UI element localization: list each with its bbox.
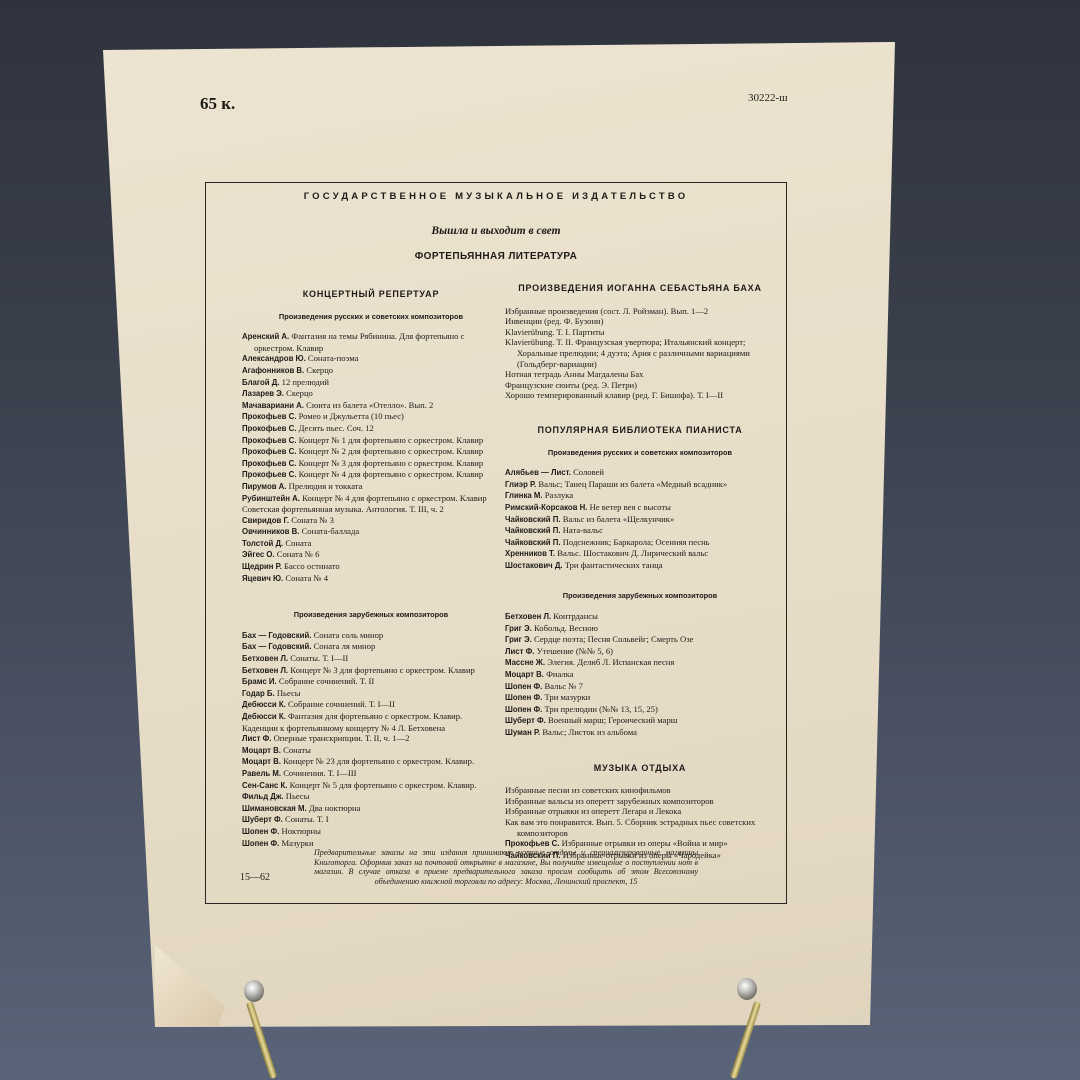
entry-author: Годар Б.: [242, 689, 277, 698]
entry-title: Соната: [285, 538, 311, 548]
entry-author: Шопен Ф.: [242, 827, 282, 836]
entry-author: Дебюсси К.: [242, 712, 288, 721]
entry-title: Соловей: [573, 467, 604, 477]
entry-title: Десять пьес. Соч. 12: [299, 423, 374, 433]
catalog-entry: Шуберт Ф. Сонаты. Т. I: [242, 814, 500, 826]
entry-title: Вальс № 7: [545, 681, 583, 691]
entry-title: Избранные вальсы из оперетт зарубежных к…: [505, 796, 714, 806]
entry-author: Чайковский П.: [505, 538, 563, 547]
entry-title: Вальс. Шостакович Д. Лирический вальс: [557, 548, 708, 558]
entry-title: Сочинения. Т. I—III: [283, 768, 356, 778]
catalog-entry: Прокофьев С. Концерт № 2 для фортепьяно …: [242, 446, 500, 458]
catalog-entry: Овчинников В. Соната-баллада: [242, 526, 500, 538]
tagline: Вышла и выходит в свет: [206, 225, 786, 237]
stand-knob-left: [244, 980, 264, 1002]
entry-title: Сонаты: [283, 745, 311, 755]
catalog-entry: Свиридов Г. Соната № 3: [242, 515, 500, 527]
entry-author: Толстой Д.: [242, 539, 285, 548]
entry-author: Прокофьев С.: [242, 447, 299, 456]
entry-title: Инвенции (ред. Ф. Бузони): [505, 316, 604, 326]
catalog-entry: Дебюсси К. Собрание сочинений. Т. I—II: [242, 699, 500, 711]
catalog-entry: Избранные вальсы из оперетт зарубежных к…: [505, 796, 775, 807]
entry-author: Шопен Ф.: [242, 839, 282, 848]
section-title-bach: ПРОИЗВЕДЕНИЯ ИОГАННА СЕБАСТЬЯНА БАХА: [505, 283, 775, 294]
entry-title: Сонаты. Т. I—II: [290, 653, 348, 663]
catalog-entry: Шуберт Ф. Военный марш; Героический марш: [505, 715, 775, 727]
entry-author: Моцарт В.: [242, 746, 283, 755]
entry-title: Соната-баллада: [302, 526, 360, 536]
entry-title: Бассо остинато: [284, 561, 340, 571]
section-title-concert: КОНЦЕРТНЫЙ РЕПЕРТУАР: [242, 289, 500, 300]
catalog-entry: Моцарт В. Фиалка: [505, 669, 775, 681]
catalog-entry: Эйгес О. Соната № 6: [242, 549, 500, 561]
entry-title: Нотная тетрадь Анны Магдалены Бах: [505, 369, 643, 379]
entry-title: Концерт № 3 для фортепьяно с оркестром. …: [290, 665, 475, 675]
entry-author: Рубинштейн А.: [242, 494, 302, 503]
catalog-code: 30222-ш: [748, 92, 788, 104]
entry-title: Концерт № 2 для фортепьяно с оркестром. …: [299, 446, 484, 456]
subtitle-foreign: Произведения зарубежных композиторов: [242, 610, 500, 621]
entry-title: 12 прелюдий: [282, 377, 329, 387]
section-title-leisure: МУЗЫКА ОТДЫХА: [505, 763, 775, 774]
subtitle-russian: Произведения русских и советских компози…: [242, 312, 500, 323]
list-popular-russian: Алябьев — Лист. СоловейГлиэр Р. Вальс; Т…: [505, 467, 775, 571]
entry-author: Глиэр Р.: [505, 480, 538, 489]
catalog-entry: Дебюсси К. Фантазия для фортепьяно с орк…: [242, 711, 500, 723]
subtitle-popular-russian: Произведения русских и советских компози…: [505, 448, 775, 459]
list-popular-foreign: Бетховен Л. КонтрдансыГриг Э. Кобольд. В…: [505, 611, 775, 739]
entry-title: Кобольд. Весною: [534, 623, 598, 633]
entry-title: Утешение (№№ 5, 6): [537, 646, 613, 656]
entry-author: Дебюсси К.: [242, 700, 288, 709]
entry-author: Григ Э.: [505, 635, 534, 644]
entry-author: Равель М.: [242, 769, 283, 778]
entry-title: Концерт № 4 для фортепьяно с оркестром. …: [302, 493, 487, 503]
entry-title: Концерт № 4 для фортепьяно с оркестром. …: [299, 469, 484, 479]
entry-title: Подснежник; Баркарола; Осенняя песнь: [563, 537, 710, 547]
entry-title: Klavierübung. Т. I. Партиты: [505, 327, 604, 337]
entry-author: Глинка М.: [505, 491, 545, 500]
list-concert-foreign: Бах — Годовский. Соната соль минорБах — …: [242, 630, 500, 849]
catalog-entry: Массне Ж. Элегия. Делиб Л. Испанская пес…: [505, 657, 775, 669]
entry-title: Мазурки: [282, 838, 314, 848]
catalog-entry: Агафонников В. Скерцо: [242, 365, 500, 377]
catalog-entry: Шопен Ф. Вальс № 7: [505, 681, 775, 693]
catalog-entry: Шопен Ф. Три прелюдии (№№ 13, 15, 25): [505, 704, 775, 716]
entry-title: Вальс; Листок из альбома: [542, 727, 637, 737]
entry-title: Не ветер вея с высоты: [590, 502, 671, 512]
catalog-entry: Каденции к фортепьянному концерту № 4 Л.…: [242, 723, 500, 734]
entry-author: Фильд Дж.: [242, 792, 286, 801]
entry-title: Соната № 4: [285, 573, 328, 583]
entry-author: Аренский А.: [242, 332, 291, 341]
entry-author: Пирумов А.: [242, 482, 289, 491]
catalog-entry: Избранные отрывки из оперетт Легара и Ле…: [505, 806, 775, 817]
entry-author: Прокофьев С.: [242, 436, 299, 445]
entry-title: Сюита из балета «Отелло». Вып. 2: [306, 400, 433, 410]
catalog-entry: Годар Б. Пьесы: [242, 688, 500, 700]
entry-author: Прокофьев С.: [242, 459, 299, 468]
entry-title: Каденции к фортепьянному концерту № 4 Л.…: [242, 723, 445, 733]
entry-title: Пьесы: [286, 791, 310, 801]
entry-title: Сердце поэта; Песня Сольвейг; Смерть Озе: [534, 634, 693, 644]
entry-title: Ноктюрны: [282, 826, 321, 836]
catalog-entry: Лазарев Э. Скерцо: [242, 388, 500, 400]
catalog-entry: Чайковский П. Вальс из балета «Щелкунчик…: [505, 514, 775, 526]
entry-author: Шуберт Ф.: [505, 716, 548, 725]
catalog-entry: Мачавариани А. Сюита из балета «Отелло».…: [242, 400, 500, 412]
catalog-entry: Фильд Дж. Пьесы: [242, 791, 500, 803]
catalog-entry: Прокофьев С. Концерт № 4 для фортепьяно …: [242, 469, 500, 481]
main-title: ФОРТЕПЬЯННАЯ ЛИТЕРАТУРА: [206, 251, 786, 262]
entry-author: Шопен Ф.: [505, 693, 545, 702]
price-label: 65 к.: [200, 94, 235, 114]
entry-title: Соната № 3: [291, 515, 334, 525]
catalog-entry: Прокофьев С. Десять пьес. Соч. 12: [242, 423, 500, 435]
order-note: Предварительные заказы на эти издания пр…: [314, 848, 698, 887]
list-bach: Избранные произведения (сост. Л. Ройзман…: [505, 306, 775, 401]
entry-author: Алябьев — Лист.: [505, 468, 573, 477]
entry-title: Избранные отрывки из оперетт Легара и Ле…: [505, 806, 681, 816]
entry-title: Прелюдия и токката: [289, 481, 363, 491]
entry-author: Брамс И.: [242, 677, 279, 686]
left-column: КОНЦЕРТНЫЙ РЕПЕРТУАР Произведения русски…: [242, 285, 500, 849]
catalog-entry: Щедрин Р. Бассо остинато: [242, 561, 500, 573]
entry-author: Прокофьев С.: [242, 412, 299, 421]
catalog-entry: Яцевич Ю. Соната № 4: [242, 573, 500, 585]
entry-author: Хренников Т.: [505, 549, 557, 558]
entry-author: Чайковский П.: [505, 515, 563, 524]
entry-title: Три фантастических танца: [565, 560, 663, 570]
entry-author: Римский-Корсаков Н.: [505, 503, 590, 512]
entry-title: Элегия. Делиб Л. Испанская песня: [547, 657, 674, 667]
catalog-entry: Нотная тетрадь Анны Магдалены Бах: [505, 369, 775, 380]
catalog-entry: Благой Д. 12 прелюдий: [242, 377, 500, 389]
catalog-entry: Григ Э. Кобольд. Весною: [505, 623, 775, 635]
catalog-entry: Толстой Д. Соната: [242, 538, 500, 550]
entry-author: Бах — Годовский.: [242, 631, 314, 640]
entry-author: Бетховен Л.: [242, 666, 290, 675]
entry-title: Разлука: [545, 490, 573, 500]
entry-author: Моцарт В.: [242, 757, 283, 766]
entry-title: Концерт № 3 для фортепьяно с оркестром. …: [299, 458, 484, 468]
entry-title: Оперные транскрипции. Т. II, ч. 1—2: [274, 733, 410, 743]
catalog-entry: Прокофьев С. Концерт № 3 для фортепьяно …: [242, 458, 500, 470]
entry-title: Три мазурки: [545, 692, 591, 702]
catalog-entry: Бетховен Л. Концерт № 3 для фортепьяно с…: [242, 665, 500, 677]
entry-title: Избранные произведения (сост. Л. Ройзман…: [505, 306, 708, 316]
entry-author: Эйгес О.: [242, 550, 277, 559]
entry-author: Агафонников В.: [242, 366, 306, 375]
entry-title: Концерт № 23 для фортепьяно с оркестром.…: [283, 756, 474, 766]
entry-title: Ната-вальс: [563, 525, 603, 535]
entry-author: Свиридов Г.: [242, 516, 291, 525]
entry-author: Шопен Ф.: [505, 705, 545, 714]
catalog-entry: Как вам это понравится. Вып. 5. Сборник …: [505, 817, 775, 838]
catalog-entry: Сен-Санс К. Концерт № 5 для фортепьяно с…: [242, 780, 500, 792]
entry-author: Мачавариани А.: [242, 401, 306, 410]
entry-title: Klavierübung. Т. II. Французская увертюр…: [505, 337, 750, 368]
entry-title: Французские сюиты (ред. Э. Петри): [505, 380, 637, 390]
catalog-entry: Глиэр Р. Вальс; Танец Параши из балета «…: [505, 479, 775, 491]
catalog-entry: Бах — Годовский. Соната соль минор: [242, 630, 500, 642]
entry-title: Как вам это понравится. Вып. 5. Сборник …: [505, 817, 755, 838]
catalog-entry: Моцарт В. Концерт № 23 для фортепьяно с …: [242, 756, 500, 768]
entry-title: Соната соль минор: [314, 630, 384, 640]
entry-author: Шопен Ф.: [505, 682, 545, 691]
entry-title: Хорошо темперированный клавир (ред. Г. Б…: [505, 390, 723, 400]
stand-knob-right: [737, 978, 757, 1000]
catalog-entry: Шопен Ф. Ноктюрны: [242, 826, 500, 838]
entry-title: Скерцо: [306, 365, 333, 375]
entry-author: Прокофьев С.: [242, 470, 299, 479]
entry-title: Соната-поэма: [308, 353, 359, 363]
catalog-entry: Лист Ф. Оперные транскрипции. Т. II, ч. …: [242, 733, 500, 745]
entry-author: Прокофьев С.: [505, 839, 562, 848]
catalog-entry: Бетховен Л. Контрдансы: [505, 611, 775, 623]
entry-author: Григ Э.: [505, 624, 534, 633]
list-concert-russian: Аренский А. Фантазия на темы Рябинина. Д…: [242, 331, 500, 584]
catalog-entry: Klavierübung. Т. II. Французская увертюр…: [505, 337, 775, 369]
catalog-entry: Klavierübung. Т. I. Партиты: [505, 327, 775, 338]
entry-title: Соната № 6: [277, 549, 320, 559]
entry-author: Моцарт В.: [505, 670, 546, 679]
catalog-entry: Советская фортепьянная музыка. Антология…: [242, 504, 500, 515]
catalog-entry: Хренников Т. Вальс. Шостакович Д. Лириче…: [505, 548, 775, 560]
catalog-entry: Моцарт В. Сонаты: [242, 745, 500, 757]
catalog-entry: Прокофьев С. Концерт № 1 для фортепьяно …: [242, 435, 500, 447]
entry-title: Концерт № 1 для фортепьяно с оркестром. …: [299, 435, 484, 445]
entry-author: Бетховен Л.: [242, 654, 290, 663]
right-column: ПРОИЗВЕДЕНИЯ ИОГАННА СЕБАСТЬЯНА БАХА Изб…: [505, 279, 775, 861]
catalog-entry: Глинка М. Разлука: [505, 490, 775, 502]
entry-title: Вальс; Танец Параши из балета «Медный вс…: [538, 479, 727, 489]
entry-author: Бах — Годовский.: [242, 642, 314, 651]
entry-author: Бетховен Л.: [505, 612, 553, 621]
entry-title: Скерцо: [286, 388, 313, 398]
entry-title: Три прелюдии (№№ 13, 15, 25): [545, 704, 658, 714]
folded-corner: [155, 945, 225, 1027]
catalog-entry: Рубинштейн А. Концерт № 4 для фортепьяно…: [242, 493, 500, 505]
catalog-entry: Шуман Р. Вальс; Листок из альбома: [505, 727, 775, 739]
entry-title: Сонаты. Т. I: [285, 814, 329, 824]
catalog-page: 65 к. 30222-ш ГОСУДАРСТВЕННОЕ МУЗЫКАЛЬНО…: [0, 0, 1080, 1080]
entry-title: Концерт № 5 для фортепьяно с оркестром. …: [290, 780, 477, 790]
subtitle-popular-foreign: Произведения зарубежных композиторов: [505, 591, 775, 602]
publisher-name: ГОСУДАРСТВЕННОЕ МУЗЫКАЛЬНОЕ ИЗДАТЕЛЬСТВО: [206, 191, 786, 202]
catalog-entry: Чайковский П. Ната-вальс: [505, 525, 775, 537]
catalog-entry: Лист Ф. Утешение (№№ 5, 6): [505, 646, 775, 658]
entry-title: Избранные песни из советских кинофильмов: [505, 785, 671, 795]
entry-title: Советская фортепьянная музыка. Антология…: [242, 504, 444, 514]
catalog-entry: Алябьев — Лист. Соловей: [505, 467, 775, 479]
entry-title: Ромео и Джульетта (10 пьес): [299, 411, 404, 421]
catalog-entry: Бетховен Л. Сонаты. Т. I—II: [242, 653, 500, 665]
entry-title: Пьесы: [277, 688, 301, 698]
catalog-entry: Избранные произведения (сост. Л. Ройзман…: [505, 306, 775, 317]
catalog-entry: Бах — Годовский. Соната ля минор: [242, 641, 500, 653]
entry-author: Шуберт Ф.: [242, 815, 285, 824]
entry-author: Шуман Р.: [505, 728, 542, 737]
entry-author: Благой Д.: [242, 378, 282, 387]
catalog-entry: Григ Э. Сердце поэта; Песня Сольвейг; См…: [505, 634, 775, 646]
entry-author: Щедрин Р.: [242, 562, 284, 571]
print-code: 15—62: [240, 872, 270, 883]
catalog-entry: Французские сюиты (ред. Э. Петри): [505, 380, 775, 391]
entry-title: Фантазия для фортепьяно с оркестром. Кла…: [288, 711, 462, 721]
entry-author: Массне Ж.: [505, 658, 547, 667]
entry-author: Чайковский П.: [505, 526, 563, 535]
catalog-entry: Чайковский П. Подснежник; Баркарола; Осе…: [505, 537, 775, 549]
catalog-entry: Избранные песни из советских кинофильмов: [505, 785, 775, 796]
catalog-entry: Аренский А. Фантазия на темы Рябинина. Д…: [242, 331, 500, 353]
entry-title: Контрдансы: [553, 611, 598, 621]
entry-title: Два ноктюрна: [309, 803, 361, 813]
entry-title: Фиалка: [546, 669, 573, 679]
entry-title: Военный марш; Героический марш: [548, 715, 677, 725]
catalog-entry: Римский-Корсаков Н. Не ветер вея с высот…: [505, 502, 775, 514]
catalog-entry: Шопен Ф. Три мазурки: [505, 692, 775, 704]
entry-author: Шимановская М.: [242, 804, 309, 813]
catalog-entry: Александров Ю. Соната-поэма: [242, 353, 500, 365]
entry-author: Шостакович Д.: [505, 561, 565, 570]
catalog-entry: Прокофьев С. Ромео и Джульетта (10 пьес): [242, 411, 500, 423]
catalog-entry: Хорошо темперированный клавир (ред. Г. Б…: [505, 390, 775, 401]
entry-author: Лист Ф.: [242, 734, 274, 743]
catalog-entry: Равель М. Сочинения. Т. I—III: [242, 768, 500, 780]
entry-author: Сен-Санс К.: [242, 781, 290, 790]
entry-author: Лист Ф.: [505, 647, 537, 656]
entry-title: Собрание сочинений. Т. II: [279, 676, 374, 686]
entry-author: Овчинников В.: [242, 527, 302, 536]
entry-author: Александров Ю.: [242, 354, 308, 363]
catalog-frame: ГОСУДАРСТВЕННОЕ МУЗЫКАЛЬНОЕ ИЗДАТЕЛЬСТВО…: [205, 182, 787, 904]
entry-title: Вальс из балета «Щелкунчик»: [563, 514, 675, 524]
catalog-entry: Шимановская М. Два ноктюрна: [242, 803, 500, 815]
entry-author: Яцевич Ю.: [242, 574, 285, 583]
catalog-entry: Инвенции (ред. Ф. Бузони): [505, 316, 775, 327]
entry-author: Лазарев Э.: [242, 389, 286, 398]
catalog-entry: Брамс И. Собрание сочинений. Т. II: [242, 676, 500, 688]
catalog-entry: Шостакович Д. Три фантастических танца: [505, 560, 775, 572]
entry-author: Прокофьев С.: [242, 424, 299, 433]
catalog-entry: Пирумов А. Прелюдия и токката: [242, 481, 500, 493]
section-title-popular: ПОПУЛЯРНАЯ БИБЛИОТЕКА ПИАНИСТА: [505, 425, 775, 436]
entry-title: Избранные отрывки из оперы «Война и мир»: [562, 838, 728, 848]
entry-title: Соната ля минор: [314, 641, 376, 651]
entry-title: Собрание сочинений. Т. I—II: [288, 699, 395, 709]
